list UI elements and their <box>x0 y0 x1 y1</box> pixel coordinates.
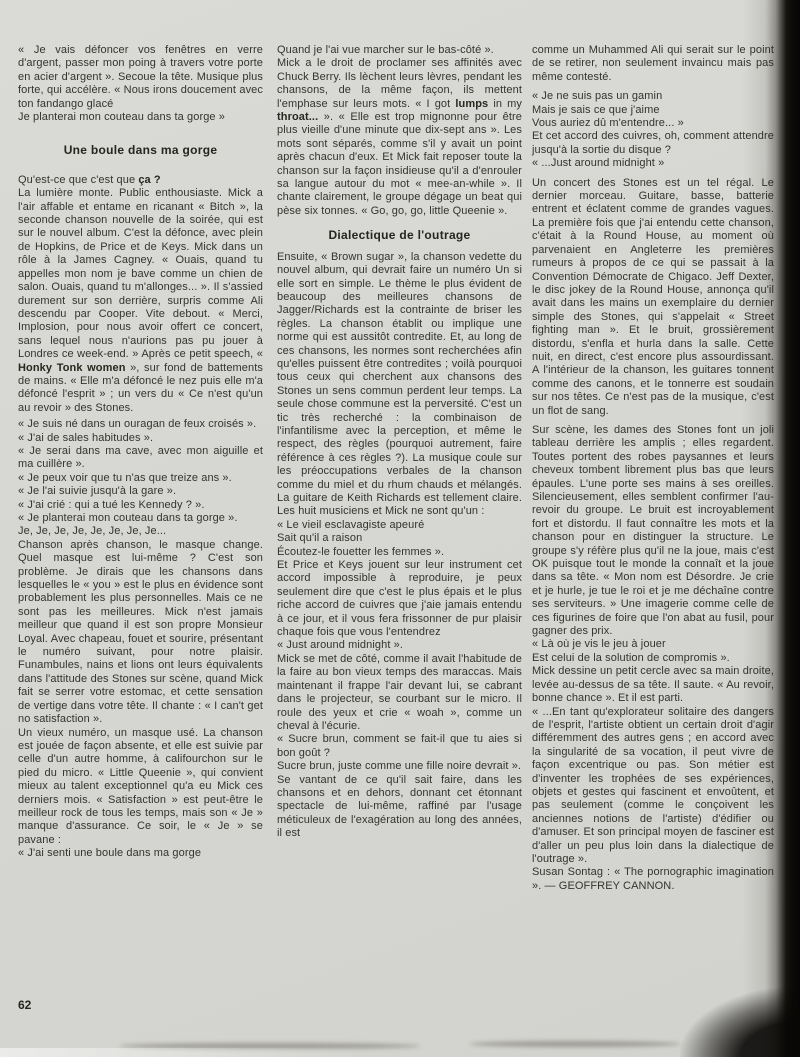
lyric-quote: « J'ai crié : qui a tué les Kennedy ? ». <box>18 499 263 512</box>
text-run: Qu'est-ce que c'est que <box>18 174 138 186</box>
lyric-quote: « Je peux voir que tu n'as que treize an… <box>18 472 263 485</box>
paragraph: Mick a le droit de proclamer ses affinit… <box>277 57 522 218</box>
text-run: in my <box>488 98 522 110</box>
paragraph: comme un Muhammed Ali qui serait sur le … <box>532 44 774 84</box>
byline: Susan Sontag : « The pornographic imagin… <box>532 866 774 893</box>
text-column-1: « Je vais défoncer vos fenêtres en verre… <box>18 44 263 861</box>
section-heading-dialectique: Dialectique de l'outrage <box>277 229 522 242</box>
lyric-quote: « ...Just around midnight » <box>532 157 774 170</box>
paragraph: Ensuite, « Brown sugar », la chanson ved… <box>277 251 522 519</box>
text-run: La lumière monte. Public enthousiaste. M… <box>18 187 263 360</box>
paragraph: Un vieux numéro, un masque usé. La chans… <box>18 727 263 848</box>
page-corner-shadow <box>680 987 800 1057</box>
page-number: 62 <box>18 998 31 1012</box>
lyric-quote: Écoutez-le fouetter les femmes ». <box>277 546 522 559</box>
lyric-quote: Sucre brun, juste comme une fille noire … <box>277 760 522 773</box>
paragraph: Quand je l'ai vue marcher sur le bas-côt… <box>277 44 522 57</box>
lyric-quote: « Je suis né dans un ouragan de feux cro… <box>18 418 263 431</box>
paragraph: Et Price et Keys jouent sur leur instrum… <box>277 559 522 639</box>
lyric-quote: Vous auriez dû m'entendre... » <box>532 117 774 130</box>
paragraph: « Je vais défoncer vos fenêtres en verre… <box>18 44 263 111</box>
paragraph: Qu'est-ce que c'est que ça ? <box>18 174 263 187</box>
lyric-quote: « Just around midnight ». <box>277 639 522 652</box>
verse-line: Je planterai mon couteau dans ta gorge » <box>18 111 263 124</box>
text-run-bold: Honky Tonk women <box>18 362 126 374</box>
text-run-bold: lumps <box>455 98 488 110</box>
lyric-quote: « Je serai dans ma cave, avec mon aiguil… <box>18 445 263 472</box>
paragraph: Mick se met de côté, comme il avait l'ha… <box>277 653 522 733</box>
paragraph: Sur scène, les dames des Stones font un … <box>532 424 774 639</box>
lyric-quote: Mais je sais ce que j'aime <box>532 104 774 117</box>
magazine-page: « Je vais défoncer vos fenêtres en verre… <box>0 0 800 1057</box>
text-run: ». « Elle est trop mignonne pour être pl… <box>277 111 522 217</box>
lyric-quote: Sait qu'il a raison <box>277 532 522 545</box>
paragraph: Se vantant de ce qu'il sait faire, dans … <box>277 774 522 841</box>
section-heading-une-boule: Une boule dans ma gorge <box>18 144 263 157</box>
page-edge-shadow <box>742 0 800 1057</box>
lyric-quote: « Là où je vis le jeu à jouer <box>532 638 774 651</box>
text-run-bold: ça ? <box>138 174 160 186</box>
lyric-quote: « J'ai senti une boule dans ma gorge <box>18 847 263 860</box>
text-column-3: comme un Muhammed Ali qui serait sur le … <box>532 44 774 893</box>
paragraph: La lumière monte. Public enthousiaste. M… <box>18 187 263 415</box>
lyric-quote: Je, Je, Je, Je, Je, Je, Je, Je... <box>18 525 263 538</box>
lyric-quote: « Le vieil esclavagiste apeuré <box>277 519 522 532</box>
lyric-quote: « Je l'ai suivie jusqu'à la gare ». <box>18 485 263 498</box>
paragraph: Mick dessine un petit cercle avec sa mai… <box>532 665 774 705</box>
paragraph: Chanson après chanson, le masque change.… <box>18 539 263 727</box>
lyric-quote: Est celui de la solution de compromis ». <box>532 652 774 665</box>
text-column-2: Quand je l'ai vue marcher sur le bas-côt… <box>277 44 522 841</box>
text-run-bold: throat... <box>277 111 318 123</box>
lyric-quote: « J'ai de sales habitudes ». <box>18 432 263 445</box>
lyric-quote: « Je ne suis pas un gamin <box>532 90 774 103</box>
paragraph: Un concert des Stones est un tel régal. … <box>532 177 774 418</box>
paragraph: Et cet accord des cuivres, oh, comment a… <box>532 130 774 157</box>
lyric-quote: « Je planterai mon couteau dans ta gorge… <box>18 512 263 525</box>
lyric-quote: « Sucre brun, comment se fait-il que tu … <box>277 733 522 760</box>
scan-edge-highlight <box>0 1048 360 1057</box>
paragraph: « ...En tant qu'explorateur solitaire de… <box>532 706 774 867</box>
scan-smudge <box>470 1041 680 1047</box>
